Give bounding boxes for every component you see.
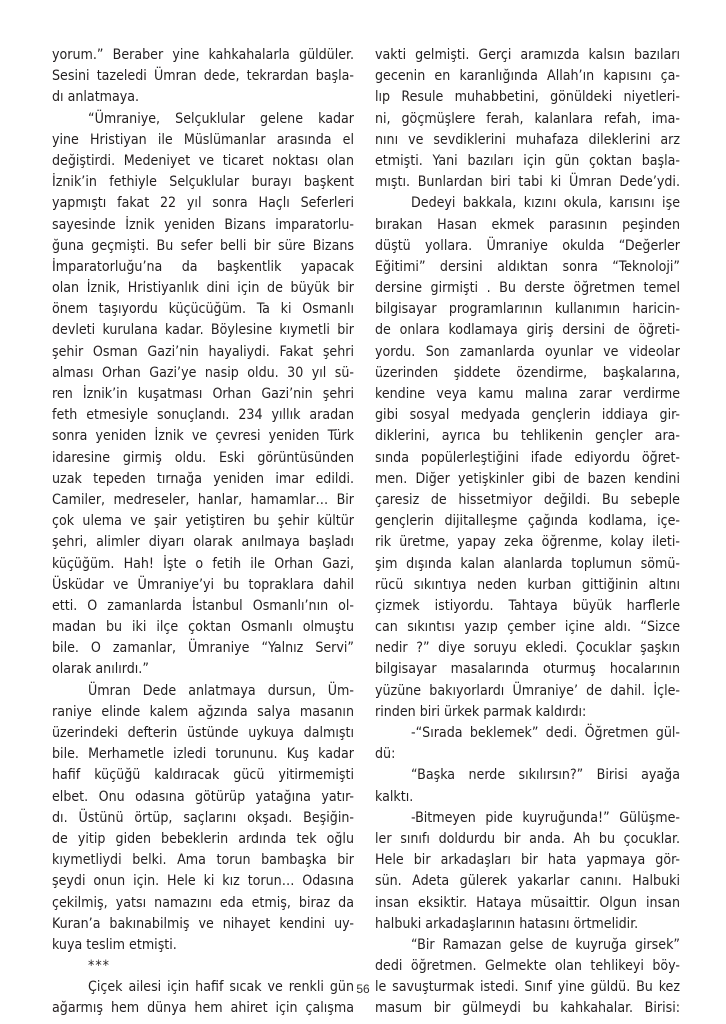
text-line: rinden biri ürkek parmak kaldırdı: bbox=[375, 702, 680, 723]
text-line: kendine veya kamu malına zarar verdirme bbox=[375, 384, 680, 405]
text-line: bile. Merhametle izledi torununu. Kuş ka… bbox=[52, 744, 354, 765]
text-line: gecenin en karanlığında Allah’ın kapısın… bbox=[375, 66, 680, 87]
text-line: dı anlatmaya. bbox=[52, 87, 354, 108]
text-line: feth etmesiyle sonuçlandı. 234 yıllık ar… bbox=[52, 405, 354, 426]
page-number: 56 bbox=[0, 982, 726, 996]
text-line: dı. Üstünü örtüp, saçlarını okşadı. Beşi… bbox=[52, 808, 354, 829]
right-text-column: vakti gelmişti. Gerçi aramızda kalsın ba… bbox=[375, 45, 680, 1020]
text-line: elbet. Onu odasına götürüp yatağına yatı… bbox=[52, 787, 354, 808]
text-line: küçüğüm. Hah! İşte o fetih ile Orhan Gaz… bbox=[52, 554, 354, 575]
text-line: sün. Adeta gülerek yakarlar canını. Halb… bbox=[375, 871, 680, 892]
text-line: değiştirdi. Medeniyet ve ticaret noktası… bbox=[52, 151, 354, 172]
text-line: çaresiz de hissetmiyor değildi. Bu sebep… bbox=[375, 490, 680, 511]
text-line: “Başka nerde sıkılırsın?” Birisi ayağa bbox=[375, 765, 680, 786]
text-line: de yitip giden bebeklerin ardında tek oğ… bbox=[52, 829, 354, 850]
text-line: olan İznik, Hristiyanlık dini için de bü… bbox=[52, 278, 354, 299]
text-line: uzak tepeden tırnağa yeniden imar edildi… bbox=[52, 469, 354, 490]
text-line: ğuna geçmişti. Bu sefer belli bir süre B… bbox=[52, 236, 354, 257]
text-line: nını ve sevdiklerini muhafaza dileklerin… bbox=[375, 130, 680, 151]
text-line: kuya teslim etmişti. bbox=[52, 935, 354, 956]
text-line: bilgisayar masalarında oturmuş hocaların… bbox=[375, 659, 680, 680]
text-line: halbuki arkadaşlarının hatasını örtmelid… bbox=[375, 914, 680, 935]
text-line: Camiler, medreseler, hanlar, hamamlar… B… bbox=[52, 490, 354, 511]
text-line: idaresine girmiş oldu. Eski görüntüsünde… bbox=[52, 448, 354, 469]
text-line: raniye elinde kalem ağzında salya masanı… bbox=[52, 702, 354, 723]
text-line: masum bir gülmeydi bu kahkahalar. Birisi… bbox=[375, 998, 680, 1019]
text-line: önem taşıyordu küçücüğüm. Ta ki Osmanlı bbox=[52, 299, 354, 320]
text-line: -“Sırada beklemek” dedi. Öğretmen gül- bbox=[375, 723, 680, 744]
text-line: Dedeyi bakkala, kızını okula, karısını i… bbox=[375, 193, 680, 214]
text-line: nedir ?” diye soruyu ekledi. Çocuklar şa… bbox=[375, 638, 680, 659]
text-line: sonra yeniden İznik ve çevresi yeniden T… bbox=[52, 426, 354, 447]
text-line: “Ümraniye, Selçuklular gelene kadar bbox=[52, 109, 354, 130]
text-line: can sıkıntısı yazıp çember içine aldı. “… bbox=[375, 617, 680, 638]
text-line: devleti kurulana kadar. Böylesine kıymet… bbox=[52, 320, 354, 341]
book-page: yorum.” Beraber yine kahkahalarla güldül… bbox=[0, 0, 726, 1024]
text-line: düştü yollara. Ümraniye okulda “Değerler bbox=[375, 236, 680, 257]
text-line: diklerini, ayrıca bu tehlikenin gençler … bbox=[375, 426, 680, 447]
text-line: yorum.” Beraber yine kahkahalarla güldül… bbox=[52, 45, 354, 66]
text-line: gençlerin dijitalleşme çağında kodlama, … bbox=[375, 511, 680, 532]
text-line: gibi sosyal medyada gençlerin iddiaya gi… bbox=[375, 405, 680, 426]
text-line: Kuran’a bakınabilmiş ve nihayet kendini … bbox=[52, 914, 354, 935]
text-line: ler sınıfı doldurdu bir anda. Ah bu çocu… bbox=[375, 829, 680, 850]
text-line: “Bir Ramazan gelse de kuyruğa girsek” bbox=[375, 935, 680, 956]
text-line: sında popülerleştiğini ifade ediyordu öğ… bbox=[375, 448, 680, 469]
text-line: Sesini tazeledi Ümran dede, tekrardan ba… bbox=[52, 66, 354, 87]
text-line: *** bbox=[52, 956, 354, 977]
text-line: rücü sıkıntıya neden kurban gittiğinin a… bbox=[375, 575, 680, 596]
text-line: rik üretme, yapay zeka öğrenme, kolay il… bbox=[375, 532, 680, 553]
text-line: etti. O zamanlarda İstanbul Osmanlı’nın … bbox=[52, 596, 354, 617]
text-line: Ümran Dede anlatmaya dursun, Üm- bbox=[52, 681, 354, 702]
text-line: bile. O zamanlar, Ümraniye “Yalnız Servi… bbox=[52, 638, 354, 659]
text-line: Hele bir arkadaşları bir hata yapmaya gö… bbox=[375, 850, 680, 871]
text-line: madan bu iki ilçe çoktan Osmanlı olmuştu bbox=[52, 617, 354, 638]
text-line: yapmıştı fakat 22 yıl sonra Haçlı Seferl… bbox=[52, 193, 354, 214]
text-line: çok ulema ve şair yetiştiren bu şehir kü… bbox=[52, 511, 354, 532]
text-line: -Bitmeyen pide kuyruğunda!” Gülüşme- bbox=[375, 808, 680, 829]
text-line: İznik’in fethiyle Selçuklular burayı baş… bbox=[52, 172, 354, 193]
text-line: dersine girmişti . Bu derste öğretmen te… bbox=[375, 278, 680, 299]
text-line: yüzüne bakıyorlardı Ümraniye’ de dahil. … bbox=[375, 681, 680, 702]
text-line: kalktı. bbox=[375, 787, 680, 808]
text-line: ağarmış hem dünya hem ahiret için çalışm… bbox=[52, 998, 354, 1019]
text-line: İmparatorluğu’na da başkentlik yapacak bbox=[52, 257, 354, 278]
text-line: kıymetliydi belki. Ama torun bambaşka bi… bbox=[52, 850, 354, 871]
text-line: alması Orhan Gazi’ye nasip oldu. 30 yıl … bbox=[52, 363, 354, 384]
text-line: lıp Resule muhabbetini, gönüldeki niyetl… bbox=[375, 87, 680, 108]
text-line: dedi öğretmen. Gelmekte olan tehlikeyi b… bbox=[375, 956, 680, 977]
text-line: şeydi onun için. Hele ki kız torun… Odas… bbox=[52, 871, 354, 892]
text-line: bırakan Hasan ekmek parasının peşinden bbox=[375, 215, 680, 236]
text-line: çizmek istiyordu. Tahtaya büyük harflerl… bbox=[375, 596, 680, 617]
text-line: şehri, alimler diyarı olarak anılmaya ba… bbox=[52, 532, 354, 553]
text-line: Eğitimi” dersini aldıktan sonra “Teknolo… bbox=[375, 257, 680, 278]
text-line: ren İznik’in kuşatması Orhan Gazi’nin şe… bbox=[52, 384, 354, 405]
text-line: etmişti. Yani bazıları için gün çoktan b… bbox=[375, 151, 680, 172]
text-line: vakti gelmişti. Gerçi aramızda kalsın ba… bbox=[375, 45, 680, 66]
text-line: hafif küçüğü kaldıracak gücü yitirmemişt… bbox=[52, 765, 354, 786]
text-line: çekilmiş, yatsı namazını eda etmiş, bira… bbox=[52, 893, 354, 914]
text-line: üzerinden şiddete özendirme, başkalarına… bbox=[375, 363, 680, 384]
text-line: sayesinde İznik yeniden Bizans imparator… bbox=[52, 215, 354, 236]
text-line: üzerindeki defterin üstünde uykuya dalmı… bbox=[52, 723, 354, 744]
text-line: de onlara kodlamaya giriş dersini de öğr… bbox=[375, 320, 680, 341]
text-line: insan eksiktir. Hataya müsaittir. Olgun … bbox=[375, 893, 680, 914]
text-line: olarak anılırdı.” bbox=[52, 659, 354, 680]
text-line: dü: bbox=[375, 744, 680, 765]
text-line: bilgisayar programlarının kullanımın har… bbox=[375, 299, 680, 320]
text-line: men. Diğer yetişkinler gibi de bazen ken… bbox=[375, 469, 680, 490]
text-line: yine Hristiyan ile Müslümanlar arasında … bbox=[52, 130, 354, 151]
left-text-column: yorum.” Beraber yine kahkahalarla güldül… bbox=[52, 45, 354, 1020]
text-line: şehir Osman Gazi’nin hayaliydi. Fakat şe… bbox=[52, 342, 354, 363]
text-line: mıştı. Bunlardan biri tabi ki Ümran Dede… bbox=[375, 172, 680, 193]
text-line: Üsküdar ve Ümraniye’yi bu topraklara dah… bbox=[52, 575, 354, 596]
text-line: yordu. Son zamanlarda oyunlar ve videola… bbox=[375, 342, 680, 363]
text-line: ni, göçmüşlere ferah, kalanlara refah, i… bbox=[375, 109, 680, 130]
text-line: şim dışında kalan alanlarda toplumun söm… bbox=[375, 554, 680, 575]
